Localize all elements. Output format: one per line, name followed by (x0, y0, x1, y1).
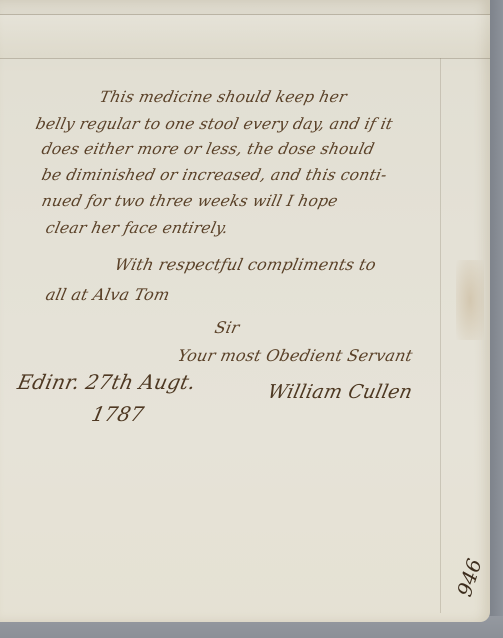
letter-text: This medicine should keep her belly regu… (0, 0, 490, 622)
closing-line: With respectful compliments to (113, 255, 378, 274)
valediction: Your most Obedient Servant (176, 346, 414, 365)
salutation: Sir (213, 318, 241, 337)
body-line: clear her face entirely. (44, 219, 230, 237)
body-line: This medicine should keep her (98, 88, 348, 106)
signature: William Cullen (266, 381, 415, 403)
date-year: 1787 (89, 402, 146, 426)
body-line: does either more or less, the dose shoul… (40, 140, 376, 158)
body-line: belly regular to one stool every day, an… (34, 115, 394, 133)
scan-backdrop-right (489, 0, 503, 638)
date-place: Edinr. 27th Augt. (15, 370, 198, 394)
closing-line: all at Alva Tom (44, 285, 172, 304)
manuscript-page: This medicine should keep her belly regu… (0, 0, 490, 622)
body-line: be diminished or increased, and this con… (40, 166, 388, 184)
body-line: nued for two three weeks will I hope (40, 192, 339, 210)
